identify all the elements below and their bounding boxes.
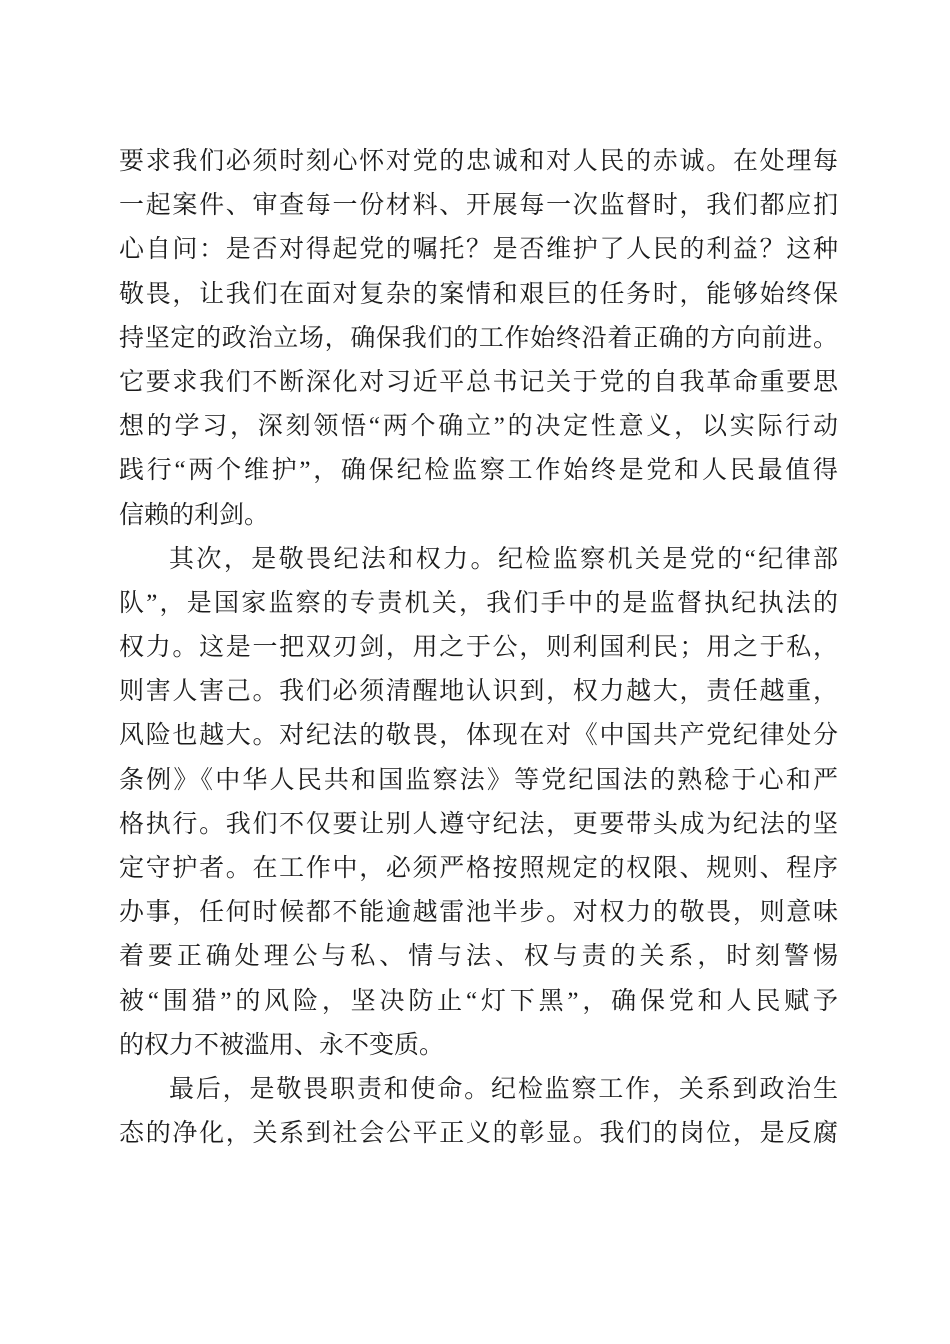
text-line: 持坚定的政治立场，确保我们的工作始终沿着正确的方向前进。 xyxy=(119,317,838,361)
document-page: 要求我们必须时刻心怀对党的忠诚和对人民的赤诚。在处理每 一起案件、审查每一份材料… xyxy=(0,0,950,1344)
text-line: 信赖的利剑。 xyxy=(119,494,838,538)
text-line: 条例》《中华人民共和国监察法》等党纪国法的熟稔于心和严 xyxy=(119,759,838,803)
text-line: 则害人害己。我们必须清醒地认识到，权力越大，责任越重， xyxy=(119,670,838,714)
text-line: 态的净化，关系到社会公平正义的彰显。我们的岗位，是反腐 xyxy=(119,1112,838,1156)
text-line: 敬畏，让我们在面对复杂的案情和艰巨的任务时，能够始终保 xyxy=(119,273,838,317)
text-line: 践行“两个维护”，确保纪检监察工作始终是党和人民最值得 xyxy=(119,449,838,493)
text-line: 最后，是敬畏职责和使命。纪检监察工作，关系到政治生 xyxy=(119,1068,838,1112)
text-line: 心自问：是否对得起党的嘱托？是否维护了人民的利益？这种 xyxy=(119,228,838,272)
paragraph-3: 最后，是敬畏职责和使命。纪检监察工作，关系到政治生 态的净化，关系到社会公平正义… xyxy=(119,1068,838,1156)
text-line: 权力。这是一把双刃剑，用之于公，则利国利民；用之于私， xyxy=(119,626,838,670)
text-line: 一起案件、审查每一份材料、开展每一次监督时，我们都应扪 xyxy=(119,184,838,228)
text-line: 风险也越大。对纪法的敬畏，体现在对《中国共产党纪律处分 xyxy=(119,714,838,758)
text-line: 它要求我们不断深化对习近平总书记关于党的自我革命重要思 xyxy=(119,361,838,405)
text-line: 被“围猎”的风险，坚决防止“灯下黑”，确保党和人民赋予 xyxy=(119,980,838,1024)
text-line: 想的学习，深刻领悟“两个确立”的决定性意义，以实际行动 xyxy=(119,405,838,449)
text-line: 办事，任何时候都不能逾越雷池半步。对权力的敬畏，则意味 xyxy=(119,891,838,935)
paragraph-1: 要求我们必须时刻心怀对党的忠诚和对人民的赤诚。在处理每 一起案件、审查每一份材料… xyxy=(119,140,838,538)
text-line: 要求我们必须时刻心怀对党的忠诚和对人民的赤诚。在处理每 xyxy=(119,140,838,184)
document-text: 要求我们必须时刻心怀对党的忠诚和对人民的赤诚。在处理每 一起案件、审查每一份材料… xyxy=(119,140,838,1156)
text-line: 定守护者。在工作中，必须严格按照规定的权限、规则、程序 xyxy=(119,847,838,891)
paragraph-2: 其次，是敬畏纪法和权力。纪检监察机关是党的“纪律部 队”，是国家监察的专责机关，… xyxy=(119,538,838,1068)
text-line: 的权力不被滥用、永不变质。 xyxy=(119,1024,838,1068)
text-line: 队”，是国家监察的专责机关，我们手中的是监督执纪执法的 xyxy=(119,582,838,626)
text-line: 格执行。我们不仅要让别人遵守纪法，更要带头成为纪法的坚 xyxy=(119,803,838,847)
text-line: 着要正确处理公与私、情与法、权与责的关系，时刻警惕 xyxy=(119,935,838,979)
text-line: 其次，是敬畏纪法和权力。纪检监察机关是党的“纪律部 xyxy=(119,538,838,582)
